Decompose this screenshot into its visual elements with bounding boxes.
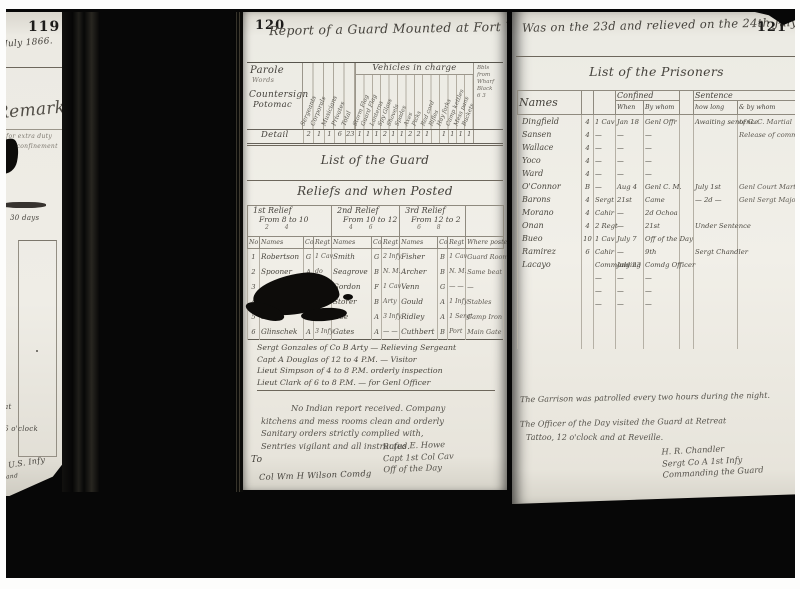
table-cell	[644, 310, 680, 323]
table-cell: 4	[582, 115, 594, 129]
table-cell	[694, 310, 738, 323]
table-cell: 4	[582, 206, 594, 219]
side-note-line: Wharf	[477, 79, 503, 86]
officer-notes: Sergt Gonzales of Co B Arty — Relieving …	[257, 342, 495, 391]
ink-dot	[36, 350, 38, 352]
detail-value: 1	[313, 130, 323, 143]
table-cell: 1 Sergt	[448, 309, 466, 324]
table-row: Sansen4———Release of commander	[518, 128, 796, 141]
table-cell: A	[438, 294, 448, 309]
report-title-right: Was on the 23d and relieved on the 24th …	[522, 15, 794, 35]
page-119-strip: 119 July 1866. Remarks for extra duty in…	[6, 12, 64, 496]
table-cell	[738, 336, 796, 349]
table-cell	[582, 323, 594, 336]
table-cell: Gould	[400, 294, 438, 309]
relief-1-cell: 1st Relief From 8 to 10 2 4	[248, 206, 332, 237]
relief-3-sub: 6 8	[401, 224, 464, 231]
table-cell	[680, 219, 694, 232]
col-blank-1	[582, 91, 594, 115]
relief-1-hours: From 8 to 10	[249, 215, 330, 224]
table-cell	[694, 128, 738, 141]
relief-3-cell: 3rd Relief From 12 to 2 6 8	[400, 206, 466, 237]
roster-column-headers: No Names Co Regt Names Co Regt Names Co …	[248, 237, 504, 249]
table-cell	[738, 297, 796, 310]
col-no: No	[248, 237, 260, 249]
page-120: 120 Report of a Guard Mounted at Fort Wh…	[243, 12, 507, 490]
table-cell: Release of commander	[738, 128, 796, 141]
table-cell	[680, 115, 694, 129]
table-cell: Barons	[518, 193, 582, 206]
table-cell: Fisher	[400, 249, 438, 265]
ink-smudge	[6, 202, 46, 208]
table-cell	[694, 284, 738, 297]
ruled-line	[516, 56, 795, 57]
relief-2-cell: 2nd Relief From 10 to 12 4 6	[332, 206, 400, 237]
table-cell: Glinschek	[260, 324, 304, 340]
table-cell: 1 Cav	[594, 232, 616, 245]
table-cell	[644, 323, 680, 336]
relief-3-name: 3rd Relief	[401, 206, 464, 215]
table-cell	[694, 336, 738, 349]
table-cell: —	[594, 141, 616, 154]
vehicle-column-headers: Storm FlagGuard FlagLanternsSpy GlassSho…	[356, 75, 474, 129]
scanned-ledger-photo: 119 July 1866. Remarks for extra duty in…	[0, 0, 800, 589]
side-note-line: 6 3	[477, 93, 503, 100]
table-cell: Sansen	[518, 128, 582, 141]
table-cell: Under Sentence	[694, 219, 738, 232]
table-cell	[738, 284, 796, 297]
table-cell: Morano	[518, 206, 582, 219]
table-cell	[694, 271, 738, 284]
col-regt-2: Regt	[382, 237, 400, 249]
table-cell: G	[438, 279, 448, 294]
table-cell: Comdg Officer	[644, 258, 680, 271]
detail-value: 1	[464, 130, 472, 143]
table-row: ———	[518, 271, 796, 284]
table-cell: Genl Offr	[644, 115, 680, 129]
table-row: Onan42 Regt—21stUnder Sentence	[518, 219, 796, 232]
table-cell: A	[438, 309, 448, 324]
table-cell	[582, 310, 594, 323]
table-cell: —	[616, 167, 644, 180]
table-cell	[680, 245, 694, 258]
table-cell: Arty	[382, 294, 400, 309]
table-cell	[680, 141, 694, 154]
table-cell: 1 Cav	[448, 249, 466, 265]
detail-value: 1	[355, 130, 363, 143]
prisoners-heading: List of the Prisoners	[512, 64, 795, 79]
table-cell: —	[594, 297, 616, 310]
table-cell: A	[372, 309, 382, 324]
signature-block: Rufus E. HoweCapt 1st Col CavOff of the …	[382, 439, 454, 476]
table-cell: —	[644, 128, 680, 141]
table-cell: Jan 18	[616, 115, 644, 129]
table-cell: — 2d —	[694, 193, 738, 206]
detail-value	[431, 130, 439, 143]
col-blank-3	[680, 91, 694, 115]
col-by-whom-2: & by whom	[738, 101, 796, 115]
relief-2-name: 2nd Relief	[333, 206, 398, 215]
table-row: Barons4Sergt21stCame— 2d —Genl Sergt Maj…	[518, 193, 796, 206]
table-cell: Archer	[400, 264, 438, 279]
table-cell: A	[372, 324, 382, 340]
visit-report-line-2: Tattoo, 12 o'clock and at Reveille.	[526, 433, 663, 442]
table-cell: —	[616, 128, 644, 141]
table-cell	[680, 193, 694, 206]
table-cell	[694, 297, 738, 310]
table-cell: 2 Regt	[594, 219, 616, 232]
table-row	[518, 336, 796, 349]
table-cell: B	[438, 324, 448, 340]
relief-blank-cell	[466, 206, 504, 237]
table-cell	[738, 258, 796, 271]
table-cell	[680, 284, 694, 297]
table-cell	[518, 336, 582, 349]
officer-note-line: Sergt Gonzales of Co B Arty — Relieving …	[257, 342, 495, 354]
table-cell	[694, 206, 738, 219]
detail-value: 1	[324, 130, 334, 143]
table-cell: 4	[582, 141, 594, 154]
table-cell: 4	[582, 167, 594, 180]
table-cell: Same beat	[466, 264, 504, 279]
book-binding-edge	[234, 12, 243, 492]
table-cell: B	[438, 264, 448, 279]
table-cell	[738, 232, 796, 245]
table-cell	[738, 323, 796, 336]
table-cell	[680, 297, 694, 310]
table-cell: Guard Room	[466, 249, 504, 265]
table-cell: Port	[448, 324, 466, 340]
double-rule	[247, 145, 503, 146]
table-cell: —	[616, 206, 644, 219]
table-cell: —	[644, 271, 680, 284]
col-co-1: Co	[304, 237, 314, 249]
table-cell	[738, 271, 796, 284]
ruled-line	[6, 67, 64, 68]
signature-line: Off of the Day	[383, 462, 454, 476]
table-row: Bueo101 CavJuly 7Off of the Day	[518, 232, 796, 245]
parole-label: Parole	[250, 65, 302, 76]
detail-value: 2	[405, 130, 413, 143]
table-cell: —	[616, 297, 644, 310]
table-cell: G	[372, 249, 382, 265]
table-cell: —	[594, 128, 616, 141]
table-cell: 3 Infy	[382, 309, 400, 324]
page-121: Was on the 23d and relieved on the 24th …	[512, 12, 795, 504]
table-cell: 2d Ochoa	[644, 206, 680, 219]
table-cell: O'Connor	[518, 180, 582, 193]
detail-value: 1	[389, 130, 397, 143]
table-cell: Stables	[466, 294, 504, 309]
report-line: Sanitary orders strictly complied with,	[261, 427, 487, 440]
detail-value: 1	[456, 130, 464, 143]
table-cell: Cahir	[594, 206, 616, 219]
page-edge-shadow	[62, 12, 100, 492]
relief-2-sub: 4 6	[333, 224, 398, 231]
countersign-value: Potomac	[253, 100, 302, 110]
table-cell: July 23	[616, 258, 644, 271]
table-cell	[582, 297, 594, 310]
table-cell: N. M.	[448, 264, 466, 279]
table-cell	[694, 141, 738, 154]
table-cell: —	[594, 284, 616, 297]
table-cell: G	[304, 249, 314, 265]
table-cell	[594, 310, 616, 323]
col-by-whom: By whom	[644, 101, 680, 115]
table-cell: B	[582, 180, 594, 193]
table-cell: —	[594, 167, 616, 180]
col-when: When	[616, 101, 644, 115]
table-cell: 4	[582, 219, 594, 232]
table-cell: —	[466, 279, 504, 294]
table-cell: A	[304, 324, 314, 340]
table-cell: Genl Sergt Major	[738, 193, 796, 206]
table-cell: Lacayo	[518, 258, 582, 271]
side-note-line: Black	[477, 86, 503, 93]
col-co-2: Co	[372, 237, 382, 249]
addressee-to: To	[251, 455, 262, 465]
scan-black-background: 119 July 1866. Remarks for extra duty in…	[6, 9, 795, 578]
table-cell: N. M.	[382, 264, 400, 279]
detail-value: 1	[448, 130, 456, 143]
table-cell	[616, 310, 644, 323]
table-cell: —	[644, 284, 680, 297]
parole-countersign-cell: Parole Words Countersign Potomac	[247, 63, 303, 129]
table-cell	[738, 206, 796, 219]
table-cell	[694, 258, 738, 271]
table-cell: Cuthbert	[400, 324, 438, 340]
col-names-1: Names	[260, 237, 304, 249]
table-cell: Came	[644, 193, 680, 206]
officer-note-line: Lieut Simpson of 4 to 8 P.M. orderly ins…	[257, 365, 495, 377]
report-title-left: Report of a Guard Mounted at Fort Whi	[269, 19, 507, 38]
remarks-word: Remarks	[6, 97, 64, 124]
table-cell	[616, 336, 644, 349]
table-cell: 21st	[644, 219, 680, 232]
col-regt-3: Regt	[448, 237, 466, 249]
table-cell	[644, 336, 680, 349]
table-row: O'ConnorB—Aug 4Genl C. M.July 1stGenl Co…	[518, 180, 796, 193]
table-row: Wallace4———	[518, 141, 796, 154]
table-cell: 6	[582, 245, 594, 258]
table-cell: Onan	[518, 219, 582, 232]
table-row: ———	[518, 284, 796, 297]
guard-signature-block: H. R. ChandlerSergt Co A 1st InfyCommand…	[661, 441, 764, 481]
table-cell: —	[616, 245, 644, 258]
col-blank-2	[594, 91, 616, 115]
table-cell	[518, 271, 582, 284]
detail-row: Detail 211623 1112112211111	[247, 129, 503, 144]
col-prisoner-names: Names	[518, 91, 582, 115]
bottom-note: 6 o'clock	[6, 425, 38, 433]
table-cell: 3 Infy	[314, 324, 332, 340]
date-note: July 1866.	[6, 36, 53, 49]
table-cell: 4	[582, 154, 594, 167]
table-cell: —	[616, 219, 644, 232]
guard-detail-table: Parole Words Countersign Potomac Sergean…	[247, 62, 503, 144]
detail-value: 2	[380, 130, 388, 143]
table-cell: —	[616, 141, 644, 154]
bottom-note: at	[6, 403, 12, 411]
table-cell: Commanding	[594, 258, 616, 271]
table-cell	[694, 323, 738, 336]
prisoners-table: Names Confined Sentence When By whom how…	[517, 90, 795, 349]
table-cell	[582, 258, 594, 271]
table-cell	[694, 154, 738, 167]
officer-note-line: Lieut Clark of 6 to 8 P.M. — for Genl Of…	[257, 377, 495, 389]
words-label: Words	[252, 76, 302, 84]
side-note-line: Bbls	[477, 65, 503, 72]
col-regt-1: Regt	[314, 237, 332, 249]
table-row: ———	[518, 297, 796, 310]
table-cell: 1	[248, 249, 260, 265]
table-cell: 6	[248, 324, 260, 340]
table-cell: —	[594, 271, 616, 284]
table-cell: July 1st	[694, 180, 738, 193]
table-cell	[738, 154, 796, 167]
detail-side-blank	[473, 130, 503, 143]
reliefs-heading: Reliefs and when Posted	[243, 184, 507, 198]
detail-value: 2	[303, 130, 313, 143]
table-row: LacayoCommandingJuly 23Comdg Officer	[518, 258, 796, 271]
table-cell: Ward	[518, 167, 582, 180]
table-cell	[680, 154, 694, 167]
table-cell: Sergt Chandler	[694, 245, 738, 258]
table-cell: B	[372, 294, 382, 309]
addressee-name: Col Wm H Wilson Comdg	[259, 468, 372, 482]
days-note: 30 days	[10, 214, 39, 222]
table-cell: 2	[248, 264, 260, 279]
table-cell	[518, 310, 582, 323]
corner-note: U.S. Infy	[8, 455, 46, 470]
report-line: No Indian report received. Company	[261, 402, 487, 415]
detail-value: 1	[372, 130, 380, 143]
table-cell: B	[372, 264, 382, 279]
table-cell	[616, 323, 644, 336]
table-cell: 9th	[644, 245, 680, 258]
prisoner-header-row: Names Confined Sentence	[518, 91, 796, 101]
table-cell: — —	[382, 324, 400, 340]
table-cell	[680, 336, 694, 349]
table-cell: —	[594, 154, 616, 167]
table-cell: Awaiting sentence	[694, 115, 738, 129]
table-cell	[694, 167, 738, 180]
table-cell	[738, 310, 796, 323]
table-cell	[738, 167, 796, 180]
relief-3-hours: From 12 to 2	[401, 215, 464, 224]
ink-blot	[343, 294, 353, 300]
side-note-line: from	[477, 72, 503, 79]
table-cell	[680, 310, 694, 323]
col-confined: Confined	[616, 91, 680, 101]
table-cell: Yoco	[518, 154, 582, 167]
col-sentence: Sentence	[694, 91, 796, 101]
table-cell: Camp Iron	[466, 309, 504, 324]
table-cell: Bueo	[518, 232, 582, 245]
table-cell: —	[644, 297, 680, 310]
table-cell: Venn	[400, 279, 438, 294]
table-cell	[518, 297, 582, 310]
detail-troop-values: 211623	[303, 130, 355, 143]
detail-value: 6	[334, 130, 344, 143]
table-cell: —	[644, 167, 680, 180]
table-cell	[518, 284, 582, 297]
detail-value: 23	[345, 130, 355, 143]
table-cell	[594, 336, 616, 349]
table-cell	[518, 323, 582, 336]
patrol-report-line: The Garrison was patrolled every two hou…	[520, 391, 770, 404]
table-cell: 1 Infy	[448, 294, 466, 309]
table-cell	[680, 167, 694, 180]
prisoners-body: Dingfield41 CavJan 18Genl OffrAwaiting s…	[518, 115, 796, 350]
table-cell: Wallace	[518, 141, 582, 154]
table-cell: F	[372, 279, 382, 294]
table-cell: July 7	[616, 232, 644, 245]
table-row: Yoco4———	[518, 154, 796, 167]
detail-value: 1	[439, 130, 447, 143]
table-row: Morano4Cahir—2d Ochoa	[518, 206, 796, 219]
table-row: 1RobertsonG1 CavSmithG2 InfyFisherB1 Cav…	[248, 249, 504, 265]
table-row: Dingfield41 CavJan 18Genl OffrAwaiting s…	[518, 115, 796, 129]
detail-value: 1	[422, 130, 430, 143]
table-cell	[694, 232, 738, 245]
table-cell: Cahir	[594, 245, 616, 258]
table-cell	[582, 284, 594, 297]
table-cell: Seagrove	[332, 264, 372, 279]
relief-1-sub: 2 4	[249, 224, 330, 231]
table-cell: Ridley	[400, 309, 438, 324]
table-cell	[582, 271, 594, 284]
table-cell	[582, 336, 594, 349]
relief-1-name: 1st Relief	[249, 206, 330, 215]
table-cell: 1 Cav	[594, 115, 616, 129]
table-cell: Robertson	[260, 249, 304, 265]
table-cell: 2 Infy	[382, 249, 400, 265]
relief-header-row: 1st Relief From 8 to 10 2 4 2nd Relief F…	[248, 206, 504, 237]
detail-value: 2	[414, 130, 422, 143]
table-row: Ward4———	[518, 167, 796, 180]
table-cell	[738, 141, 796, 154]
col-names-2: Names	[332, 237, 372, 249]
table-cell: —	[594, 180, 616, 193]
report-line: kitchens and mess rooms clean and orderl…	[261, 415, 487, 428]
table-cell: Genl Court Martial	[738, 180, 796, 193]
table-row	[518, 323, 796, 336]
table-cell: 1 Cav	[382, 279, 400, 294]
col-where-posted: Where posted	[466, 237, 504, 249]
table-cell: Dingfield	[518, 115, 582, 129]
table-cell: —	[644, 154, 680, 167]
table-row: 6GlinschekA3 InfyGatesA— —CuthbertBPortM…	[248, 324, 504, 340]
table-cell: B	[438, 249, 448, 265]
col-co-3: Co	[438, 237, 448, 249]
table-row: Ramirez6Cahir—9thSergt Chandler	[518, 245, 796, 258]
table-cell	[680, 206, 694, 219]
detail-label: Detail	[247, 130, 303, 143]
side-note-cell: BblsfromWharfBlack6 3	[473, 63, 503, 129]
vehicles-header: Vehicles in charge	[356, 63, 473, 75]
countersign-label: Countersign	[249, 90, 302, 100]
detail-value: 1	[397, 130, 405, 143]
table-cell: Ramirez	[518, 245, 582, 258]
table-cell: of G. C. Martial	[738, 115, 796, 129]
table-cell: Genl C. M.	[644, 180, 680, 193]
table-cell: —	[644, 141, 680, 154]
col-names-3: Names	[400, 237, 438, 249]
detail-value: 1	[363, 130, 371, 143]
guard-roster-table: 1st Relief From 8 to 10 2 4 2nd Relief F…	[247, 205, 504, 340]
table-cell: 4	[582, 128, 594, 141]
